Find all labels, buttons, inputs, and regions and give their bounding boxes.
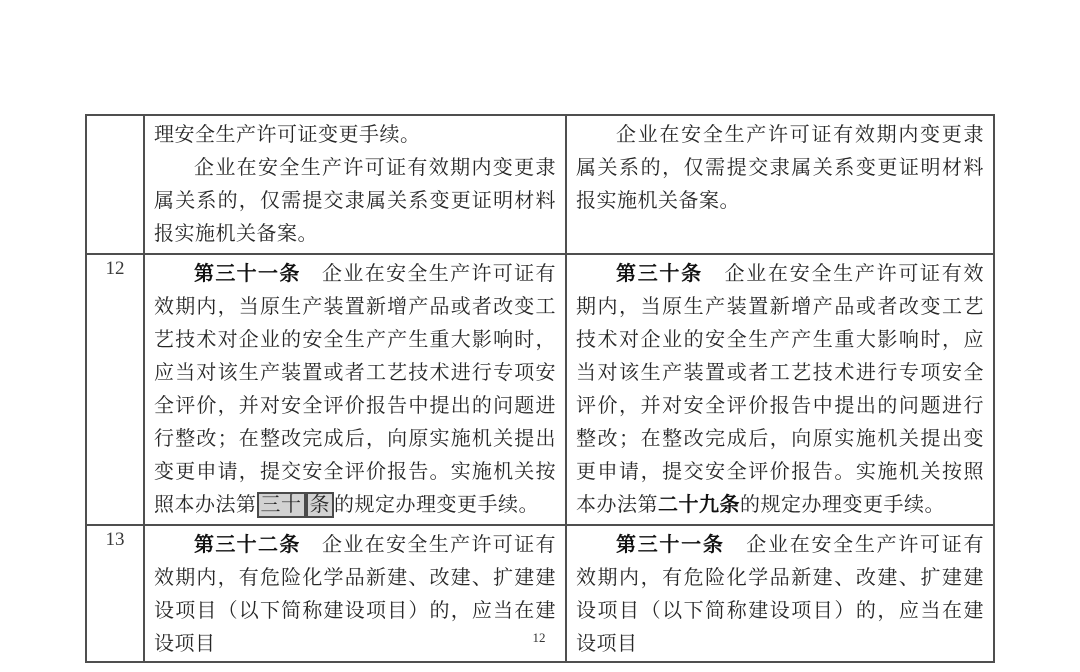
paragraph: 第三十一条 企业在安全生产许可证有效期内，当原生产装置新增产品或者改变工艺技术对… — [154, 258, 556, 522]
body-text: 的规定办理变更手续。 — [740, 494, 945, 516]
article-number-text: 第三十一条 — [194, 263, 301, 285]
body-text: 企业在安全生产许可证有效期内，当原生产装置新增产品或者改变工艺技术对企业的安全生… — [576, 263, 984, 516]
paragraph: 企业在安全生产许可证有效期内变更隶属关系的，仅需提交隶属关系变更证明材料报实施机… — [154, 152, 556, 251]
article-number-text: 二十九条 — [658, 494, 740, 516]
highlighted-text: 条 — [306, 492, 335, 518]
row-number-cell: 12 — [86, 254, 144, 525]
body-text: 的规定办理变更手续。 — [334, 494, 539, 516]
article-number-text: 第三十一条 — [616, 534, 725, 556]
right-version-cell: 企业在安全生产许可证有效期内变更隶属关系的，仅需提交隶属关系变更证明材料报实施机… — [566, 115, 994, 254]
body-text: 企业在安全生产许可证有效期内变更隶属关系的，仅需提交隶属关系变更证明材料报实施机… — [154, 157, 556, 245]
body-text: 企业在安全生产许可证有效期内变更隶属关系的，仅需提交隶属关系变更证明材料报实施机… — [576, 124, 984, 212]
table-row: 理安全生产许可证变更手续。企业在安全生产许可证有效期内变更隶属关系的，仅需提交隶… — [86, 115, 994, 254]
document-page: 理安全生产许可证变更手续。企业在安全生产许可证有效期内变更隶属关系的，仅需提交隶… — [0, 0, 1080, 672]
article-number-text: 第三十二条 — [194, 534, 301, 556]
page-number: 12 — [85, 630, 993, 646]
left-version-cell: 理安全生产许可证变更手续。企业在安全生产许可证有效期内变更隶属关系的，仅需提交隶… — [144, 115, 566, 254]
left-version-cell: 第三十一条 企业在安全生产许可证有效期内，当原生产装置新增产品或者改变工艺技术对… — [144, 254, 566, 525]
right-version-cell: 第三十条 企业在安全生产许可证有效期内，当原生产装置新增产品或者改变工艺技术对企… — [566, 254, 994, 525]
highlighted-text: 三十 — [257, 492, 306, 518]
paragraph: 第三十条 企业在安全生产许可证有效期内，当原生产装置新增产品或者改变工艺技术对企… — [576, 258, 984, 522]
body-text: 企业在安全生产许可证有效期内，当原生产装置新增产品或者改变工艺技术对企业的安全生… — [154, 263, 556, 516]
regulation-comparison-table: 理安全生产许可证变更手续。企业在安全生产许可证有效期内变更隶属关系的，仅需提交隶… — [85, 114, 995, 663]
article-number-text: 第三十条 — [616, 263, 703, 285]
paragraph: 理安全生产许可证变更手续。 — [154, 119, 556, 152]
table-row: 12第三十一条 企业在安全生产许可证有效期内，当原生产装置新增产品或者改变工艺技… — [86, 254, 994, 525]
body-text: 理安全生产许可证变更手续。 — [154, 124, 421, 146]
paragraph: 企业在安全生产许可证有效期内变更隶属关系的，仅需提交隶属关系变更证明材料报实施机… — [576, 119, 984, 218]
row-number-cell — [86, 115, 144, 254]
